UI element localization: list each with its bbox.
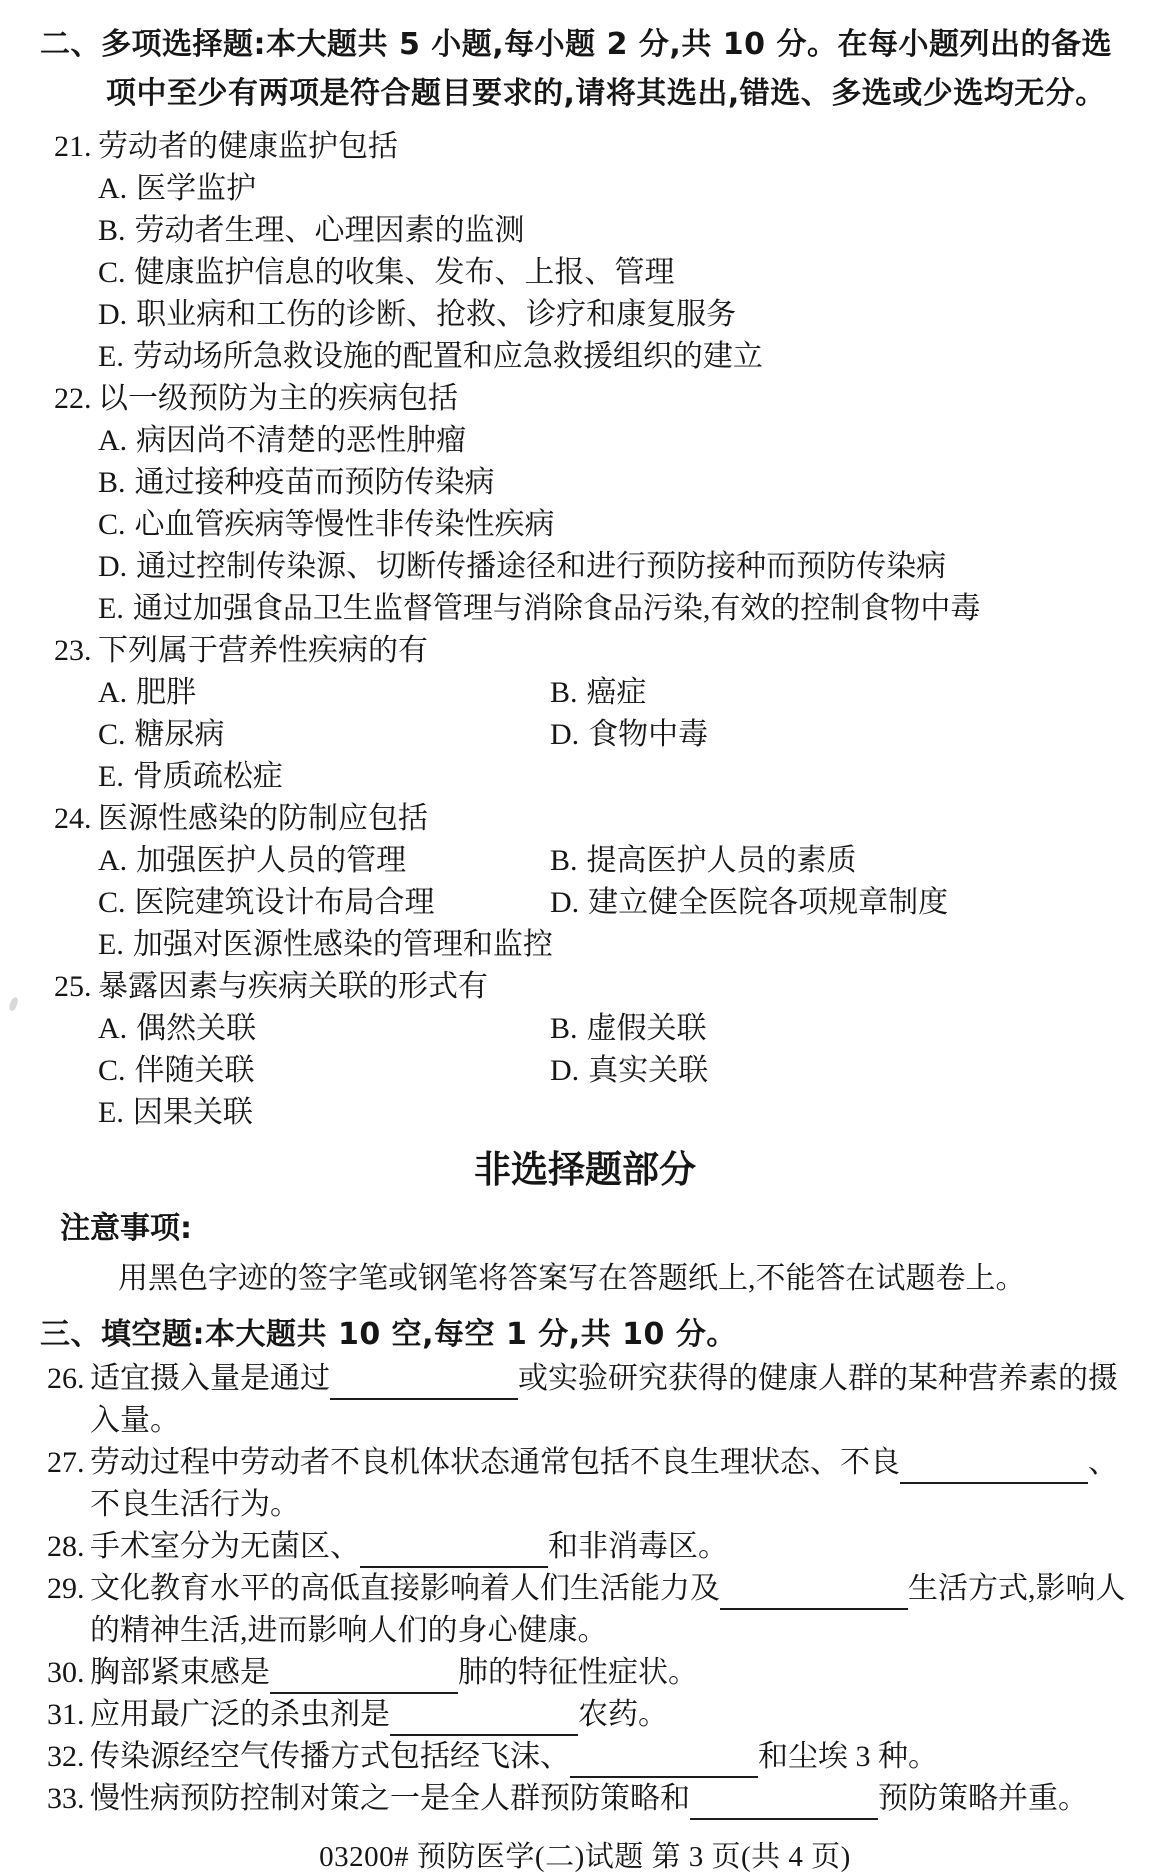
question-text: 文化教育水平的高低直接影响着人们生活能力及 bbox=[90, 1572, 720, 1605]
question-body: 慢性病预防控制对策之一是全人群预防策略和预防策略并重。 bbox=[90, 1778, 1130, 1820]
question-text: 劳动过程中劳动者不良机体状态通常包括不良生理状态、不良 bbox=[90, 1446, 900, 1479]
option-text: 医院建筑设计布局合理 bbox=[135, 886, 435, 919]
question-body: 下列属于营养性疾病的有A.肥胖B.癌症C.糖尿病D.食物中毒E.骨质疏松症 bbox=[98, 630, 1130, 798]
option: A.加强医护人员的管理 bbox=[98, 840, 550, 882]
fill-blank bbox=[900, 1452, 1088, 1484]
option: D.职业病和工伤的诊断、抢救、诊疗和康复服务 bbox=[98, 294, 1130, 336]
nonselect-part-title: 非选择题部分 bbox=[40, 1144, 1130, 1196]
option-label: C. bbox=[98, 886, 126, 919]
fill-question: 27.劳动过程中劳动者不良机体状态通常包括不良生理状态、不良、不良生活行为。 bbox=[47, 1442, 1130, 1526]
option: E.加强对医源性感染的管理和监控 bbox=[98, 924, 1130, 966]
question-number: 30. bbox=[47, 1652, 90, 1694]
option-row: C.伴随关联D.真实关联 bbox=[98, 1050, 1130, 1092]
option-text: 劳动场所急救设施的配置和应急救援组织的建立 bbox=[133, 340, 763, 373]
option-text: 通过控制传染源、切断传播途径和进行预防接种而预防传染病 bbox=[136, 550, 946, 583]
option-text: 偶然关联 bbox=[136, 1012, 256, 1045]
option: E.骨质疏松症 bbox=[98, 756, 1130, 798]
question-text: 应用最广泛的杀虫剂是 bbox=[90, 1698, 390, 1731]
question-text: 预防策略并重。 bbox=[878, 1782, 1088, 1815]
scan-speck bbox=[8, 996, 19, 1011]
fill-question: 28.手术室分为无菌区、和非消毒区。 bbox=[47, 1526, 1130, 1568]
option-label: E. bbox=[98, 928, 124, 961]
option-label: B. bbox=[550, 844, 578, 877]
option-row: A.肥胖B.癌症 bbox=[98, 672, 1130, 714]
option-label: C. bbox=[98, 1054, 126, 1087]
question-text: 慢性病预防控制对策之一是全人群预防策略和 bbox=[90, 1782, 690, 1815]
option: A.偶然关联 bbox=[98, 1008, 550, 1050]
fill-question: 31.应用最广泛的杀虫剂是农药。 bbox=[47, 1694, 1130, 1736]
option: B.癌症 bbox=[550, 672, 1130, 714]
question-text: 和非消毒区。 bbox=[548, 1530, 728, 1563]
question-body: 适宜摄入量是通过或实验研究获得的健康人群的某种营养素的摄入量。 bbox=[90, 1358, 1130, 1442]
option-text: 通过加强食品卫生监督管理与消除食品污染,有效的控制食物中毒 bbox=[133, 592, 981, 625]
option-row: C.糖尿病D.食物中毒 bbox=[98, 714, 1130, 756]
option: E.通过加强食品卫生监督管理与消除食品污染,有效的控制食物中毒 bbox=[98, 588, 1130, 630]
option-text: 职业病和工伤的诊断、抢救、诊疗和康复服务 bbox=[136, 298, 736, 331]
question-number: 23. bbox=[54, 630, 98, 798]
option-label: C. bbox=[98, 256, 126, 289]
option-label: B. bbox=[98, 214, 126, 247]
question-number: 28. bbox=[47, 1526, 90, 1568]
option-label: C. bbox=[98, 508, 126, 541]
option-label: D. bbox=[550, 886, 579, 919]
mcq-question: 24.医源性感染的防制应包括A.加强医护人员的管理B.提高医护人员的素质C.医院… bbox=[54, 798, 1130, 966]
question-number: 21. bbox=[54, 126, 98, 378]
option-text: 提高医护人员的素质 bbox=[587, 844, 857, 877]
option: C.心血管疾病等慢性非传染性疾病 bbox=[98, 504, 1130, 546]
option-label: A. bbox=[98, 676, 127, 709]
fill-blank bbox=[690, 1788, 878, 1820]
option: E.劳动场所急救设施的配置和应急救援组织的建立 bbox=[98, 336, 1130, 378]
option-text: 医学监护 bbox=[136, 172, 256, 205]
option: A.病因尚不清楚的恶性肿瘤 bbox=[98, 420, 1130, 462]
fill-question: 30.胸部紧束感是肺的特征性症状。 bbox=[47, 1652, 1130, 1694]
question-text: 胸部紧束感是 bbox=[90, 1656, 270, 1689]
option-text: 食物中毒 bbox=[588, 718, 708, 751]
question-text: 农药。 bbox=[578, 1698, 668, 1731]
option-text: 劳动者生理、心理因素的监测 bbox=[135, 214, 525, 247]
question-text: 和尘埃 3 种。 bbox=[758, 1740, 938, 1773]
option-text: 肥胖 bbox=[136, 676, 196, 709]
fill-questions: 26.适宜摄入量是通过或实验研究获得的健康人群的某种营养素的摄入量。27.劳动过… bbox=[40, 1358, 1130, 1820]
option-text: 因果关联 bbox=[133, 1096, 253, 1129]
option: C.健康监护信息的收集、发布、上报、管理 bbox=[98, 252, 1130, 294]
option-text: 真实关联 bbox=[588, 1054, 708, 1087]
option-label: A. bbox=[98, 844, 127, 877]
option-label: D. bbox=[98, 550, 127, 583]
question-body: 暴露因素与疾病关联的形式有A.偶然关联B.虚假关联C.伴随关联D.真实关联E.因… bbox=[98, 966, 1130, 1134]
option: B.虚假关联 bbox=[550, 1008, 1130, 1050]
question-body: 手术室分为无菌区、和非消毒区。 bbox=[90, 1526, 1130, 1568]
option-text: 加强对医源性感染的管理和监控 bbox=[133, 928, 553, 961]
option-text: 建立健全医院各项规章制度 bbox=[588, 886, 948, 919]
question-body: 医源性感染的防制应包括A.加强医护人员的管理B.提高医护人员的素质C.医院建筑设… bbox=[98, 798, 1130, 966]
option-row: A.偶然关联B.虚假关联 bbox=[98, 1008, 1130, 1050]
notes-title: 注意事项: bbox=[60, 1206, 1130, 1251]
mcq-section-header: 二、多项选择题:本大题共 5 小题,每小题 2 分,共 10 分。在每小题列出的… bbox=[40, 20, 1130, 118]
option: A.肥胖 bbox=[98, 672, 550, 714]
option: B.通过接种疫苗而预防传染病 bbox=[98, 462, 1130, 504]
question-body: 传染源经空气传播方式包括经飞沫、和尘埃 3 种。 bbox=[90, 1736, 1130, 1778]
question-body: 劳动过程中劳动者不良机体状态通常包括不良生理状态、不良、不良生活行为。 bbox=[90, 1442, 1130, 1526]
option: B.提高医护人员的素质 bbox=[550, 840, 1130, 882]
question-text: 肺的特征性症状。 bbox=[458, 1656, 698, 1689]
question-text: 手术室分为无菌区、 bbox=[90, 1530, 360, 1563]
question-body: 劳动者的健康监护包括A.医学监护B.劳动者生理、心理因素的监测C.健康监护信息的… bbox=[98, 126, 1130, 378]
question-number: 29. bbox=[47, 1568, 90, 1652]
option-text: 糖尿病 bbox=[135, 718, 225, 751]
question-number: 25. bbox=[54, 966, 98, 1134]
option-label: B. bbox=[98, 466, 126, 499]
exam-page: 二、多项选择题:本大题共 5 小题,每小题 2 分,共 10 分。在每小题列出的… bbox=[0, 0, 1164, 1875]
option-label: D. bbox=[550, 1054, 579, 1087]
option: D.建立健全医院各项规章制度 bbox=[550, 882, 1130, 924]
option-text: 通过接种疫苗而预防传染病 bbox=[135, 466, 495, 499]
option-label: A. bbox=[98, 424, 127, 457]
question-body: 以一级预防为主的疾病包括A.病因尚不清楚的恶性肿瘤B.通过接种疫苗而预防传染病C… bbox=[98, 378, 1130, 630]
option-text: 伴随关联 bbox=[135, 1054, 255, 1087]
question-number: 32. bbox=[47, 1736, 90, 1778]
question-number: 27. bbox=[47, 1442, 90, 1526]
option-text: 癌症 bbox=[587, 676, 647, 709]
option-label: C. bbox=[98, 718, 126, 751]
fill-question: 29.文化教育水平的高低直接影响着人们生活能力及生活方式,影响人的精神生活,进而… bbox=[47, 1568, 1130, 1652]
notes-body: 用黑色字迹的签字笔或钢笔将答案写在答题纸上,不能答在试题卷上。 bbox=[118, 1256, 1130, 1301]
option-label: E. bbox=[98, 592, 124, 625]
mcq-question: 25.暴露因素与疾病关联的形式有A.偶然关联B.虚假关联C.伴随关联D.真实关联… bbox=[54, 966, 1130, 1134]
fill-blank bbox=[270, 1662, 458, 1694]
mcq-questions: 21.劳动者的健康监护包括A.医学监护B.劳动者生理、心理因素的监测C.健康监护… bbox=[40, 126, 1130, 1134]
question-body: 应用最广泛的杀虫剂是农药。 bbox=[90, 1694, 1130, 1736]
mcq-question: 23.下列属于营养性疾病的有A.肥胖B.癌症C.糖尿病D.食物中毒E.骨质疏松症 bbox=[54, 630, 1130, 798]
option-label: B. bbox=[550, 676, 578, 709]
page-footer: 03200# 预防医学(二)试题 第 3 页(共 4 页) bbox=[40, 1837, 1130, 1875]
fill-question: 26.适宜摄入量是通过或实验研究获得的健康人群的某种营养素的摄入量。 bbox=[47, 1358, 1130, 1442]
option-text: 心血管疾病等慢性非传染性疾病 bbox=[135, 508, 555, 541]
fill-blank bbox=[390, 1704, 578, 1736]
option-label: A. bbox=[98, 172, 127, 205]
fill-blank bbox=[720, 1578, 908, 1610]
option-row: C.医院建筑设计布局合理D.建立健全医院各项规章制度 bbox=[98, 882, 1130, 924]
option-text: 健康监护信息的收集、发布、上报、管理 bbox=[135, 256, 675, 289]
option-label: A. bbox=[98, 1012, 127, 1045]
question-body: 文化教育水平的高低直接影响着人们生活能力及生活方式,影响人的精神生活,进而影响人… bbox=[90, 1568, 1130, 1652]
option-text: 加强医护人员的管理 bbox=[136, 844, 406, 877]
option-label: E. bbox=[98, 340, 124, 373]
option: C.医院建筑设计布局合理 bbox=[98, 882, 550, 924]
option-label: E. bbox=[98, 1096, 124, 1129]
mcq-question: 22.以一级预防为主的疾病包括A.病因尚不清楚的恶性肿瘤B.通过接种疫苗而预防传… bbox=[54, 378, 1130, 630]
fill-question: 33.慢性病预防控制对策之一是全人群预防策略和预防策略并重。 bbox=[47, 1778, 1130, 1820]
question-stem: 劳动者的健康监护包括 bbox=[98, 126, 1130, 168]
question-text: 传染源经空气传播方式包括经飞沫、 bbox=[90, 1740, 570, 1773]
option: A.医学监护 bbox=[98, 168, 1130, 210]
question-number: 33. bbox=[47, 1778, 90, 1820]
option-text: 病因尚不清楚的恶性肿瘤 bbox=[136, 424, 466, 457]
option: D.食物中毒 bbox=[550, 714, 1130, 756]
option: D.通过控制传染源、切断传播途径和进行预防接种而预防传染病 bbox=[98, 546, 1130, 588]
option-label: B. bbox=[550, 1012, 578, 1045]
question-number: 31. bbox=[47, 1694, 90, 1736]
question-stem: 以一级预防为主的疾病包括 bbox=[98, 378, 1130, 420]
option-row: A.加强医护人员的管理B.提高医护人员的素质 bbox=[98, 840, 1130, 882]
question-stem: 下列属于营养性疾病的有 bbox=[98, 630, 1130, 672]
option-label: D. bbox=[550, 718, 579, 751]
option-text: 虚假关联 bbox=[587, 1012, 707, 1045]
fill-question: 32.传染源经空气传播方式包括经飞沫、和尘埃 3 种。 bbox=[47, 1736, 1130, 1778]
option: D.真实关联 bbox=[550, 1050, 1130, 1092]
mcq-question: 21.劳动者的健康监护包括A.医学监护B.劳动者生理、心理因素的监测C.健康监护… bbox=[54, 126, 1130, 378]
question-stem: 医源性感染的防制应包括 bbox=[98, 798, 1130, 840]
question-number: 24. bbox=[54, 798, 98, 966]
fill-blank bbox=[570, 1746, 758, 1778]
option-text: 骨质疏松症 bbox=[133, 760, 283, 793]
question-number: 22. bbox=[54, 378, 98, 630]
question-number: 26. bbox=[47, 1358, 90, 1442]
question-stem: 暴露因素与疾病关联的形式有 bbox=[98, 966, 1130, 1008]
option-label: E. bbox=[98, 760, 124, 793]
option: C.糖尿病 bbox=[98, 714, 550, 756]
option: B.劳动者生理、心理因素的监测 bbox=[98, 210, 1130, 252]
fill-section-header: 三、填空题:本大题共 10 空,每空 1 分,共 10 分。 bbox=[40, 1313, 1130, 1357]
option: E.因果关联 bbox=[98, 1092, 1130, 1134]
fill-blank bbox=[360, 1536, 548, 1568]
option-label: D. bbox=[98, 298, 127, 331]
question-body: 胸部紧束感是肺的特征性症状。 bbox=[90, 1652, 1130, 1694]
fill-blank bbox=[330, 1368, 518, 1400]
option: C.伴随关联 bbox=[98, 1050, 550, 1092]
question-text: 适宜摄入量是通过 bbox=[90, 1362, 330, 1395]
